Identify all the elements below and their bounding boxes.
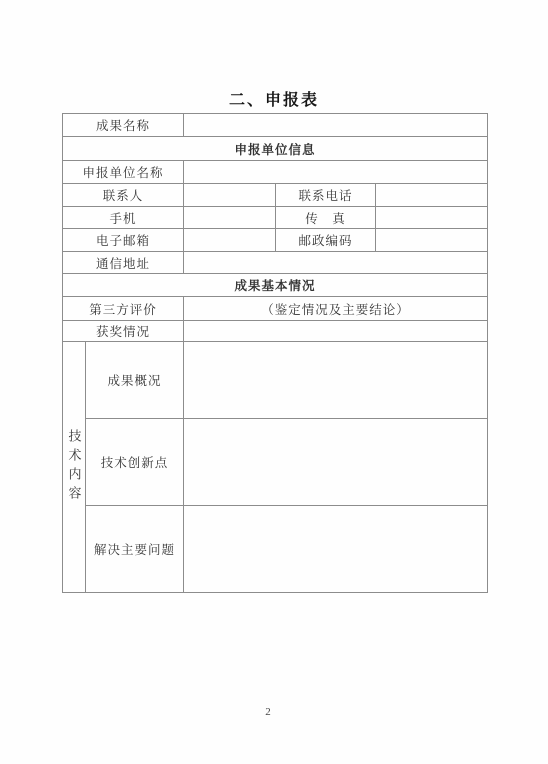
achievement-overview-label: 成果概况 xyxy=(86,342,184,419)
third-party-evaluation-value: （鉴定情况及主要结论） xyxy=(184,297,488,321)
table-row: 成果名称 xyxy=(63,114,488,137)
tech-innovation-value xyxy=(184,419,488,506)
achievement-overview-value xyxy=(184,342,488,419)
email-label: 电子邮箱 xyxy=(63,229,184,252)
unit-name-value xyxy=(184,161,488,184)
page-title: 二、申报表 xyxy=(0,87,548,110)
page-number: 2 xyxy=(0,706,536,718)
table-row: 联系人 联系电话 xyxy=(63,184,488,207)
unit-info-section-header: 申报单位信息 xyxy=(63,137,488,161)
mailing-address-value xyxy=(184,252,488,274)
awards-value xyxy=(184,321,488,342)
table-row: 获奖情况 xyxy=(63,321,488,342)
mailing-address-label: 通信地址 xyxy=(63,252,184,274)
third-party-evaluation-label: 第三方评价 xyxy=(63,297,184,321)
mobile-value xyxy=(184,207,276,229)
contact-phone-label: 联系电话 xyxy=(276,184,376,207)
tech-content-vertical-label: 技术内容 xyxy=(68,429,81,505)
table-row: 第三方评价 （鉴定情况及主要结论） xyxy=(63,297,488,321)
table-row: 成果基本情况 xyxy=(63,274,488,297)
tech-content-label: 技术内容 xyxy=(63,342,86,593)
scanned-form-page: 二、申报表 成果名称 申报单位信息 申报单位名称 联系人 联 xyxy=(0,0,548,764)
table-row: 技术创新点 xyxy=(63,419,488,506)
table-row: 解决主要问题 xyxy=(63,506,488,593)
table-row: 手机 传 真 xyxy=(63,207,488,229)
contact-person-label: 联系人 xyxy=(63,184,184,207)
problems-solved-value xyxy=(184,506,488,593)
awards-label: 获奖情况 xyxy=(63,321,184,342)
postal-code-value xyxy=(376,229,488,252)
unit-name-label: 申报单位名称 xyxy=(63,161,184,184)
email-value xyxy=(184,229,276,252)
fax-label: 传 真 xyxy=(276,207,376,229)
table-row: 申报单位信息 xyxy=(63,137,488,161)
table-row: 电子邮箱 邮政编码 xyxy=(63,229,488,252)
tech-innovation-label: 技术创新点 xyxy=(86,419,184,506)
table-row: 技术内容 成果概况 xyxy=(63,342,488,419)
table-row: 通信地址 xyxy=(63,252,488,274)
contact-person-value xyxy=(184,184,276,207)
table-row: 申报单位名称 xyxy=(63,161,488,184)
contact-phone-value xyxy=(376,184,488,207)
fax-value xyxy=(376,207,488,229)
achievement-name-label: 成果名称 xyxy=(63,114,184,137)
problems-solved-label: 解决主要问题 xyxy=(86,506,184,593)
application-form-table: 成果名称 申报单位信息 申报单位名称 联系人 联系电话 手机 传 真 xyxy=(62,113,488,593)
postal-code-label: 邮政编码 xyxy=(276,229,376,252)
basic-info-section-header: 成果基本情况 xyxy=(63,274,488,297)
mobile-label: 手机 xyxy=(63,207,184,229)
achievement-name-value xyxy=(184,114,488,137)
